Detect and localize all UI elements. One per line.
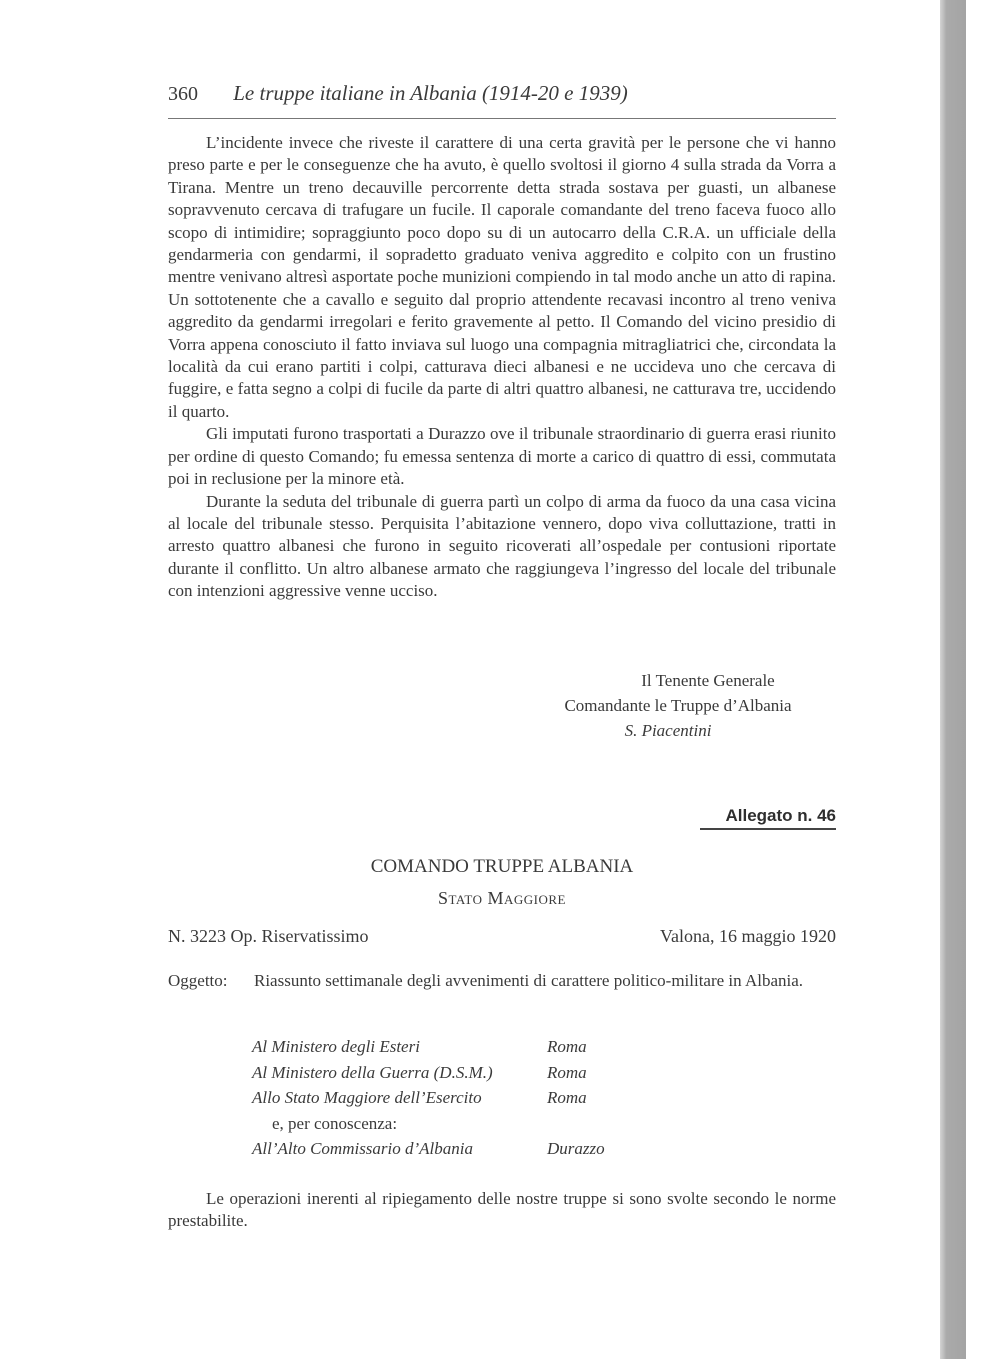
scan-binding-shadow <box>940 0 966 1359</box>
paragraph: Durante la seduta del tribunale di guerr… <box>168 491 836 603</box>
recipient: Al Ministero della Guerra (D.S.M.) Roma <box>252 1060 605 1086</box>
running-header: 360 Le truppe italiane in Albania (1914-… <box>168 81 836 106</box>
annex-body: Le operazioni inerenti al ripiegamento d… <box>168 1188 836 1233</box>
annex-heading: COMANDO TRUPPE ALBANIA <box>168 856 836 878</box>
cc-recipient: All’Alto Commissario d’Albania Durazzo <box>252 1136 605 1162</box>
running-title: Le truppe italiane in Albania (1914-20 e… <box>233 81 628 105</box>
paragraph: Le operazioni inerenti al ripiegamento d… <box>168 1188 836 1233</box>
signature-block: Il Tenente Generale Comandante le Truppe… <box>520 668 836 743</box>
recipients-list: Al Ministero degli Esteri Roma Al Minist… <box>252 1034 605 1162</box>
recipient: Al Ministero degli Esteri Roma <box>252 1034 605 1060</box>
signature-rank: Il Tenente Generale <box>520 668 836 693</box>
annex-subheading: Stato Maggiore <box>168 888 836 909</box>
cc-label: e, per conoscenza: <box>252 1111 397 1137</box>
signature-role: Comandante le Truppe d’Albania <box>520 693 836 718</box>
place-date: Valona, 16 maggio 1920 <box>660 926 836 947</box>
recipient: Allo Stato Maggiore dell’Esercito Roma <box>252 1085 605 1111</box>
signature-name: S. Piacentini <box>520 718 836 743</box>
cc-label-row: e, per conoscenza: <box>252 1111 605 1137</box>
paragraph: L’incidente invece che riveste il caratt… <box>168 132 836 423</box>
annex-label: Allegato n. 46 <box>700 806 836 830</box>
subject-block: Oggetto: Riassunto settimanale degli avv… <box>168 970 836 992</box>
subject-text: Riassunto settimanale degli avvenimenti … <box>254 970 836 992</box>
scan-margin <box>966 0 986 1359</box>
paragraph: Gli imputati furono trasportati a Durazz… <box>168 423 836 490</box>
header-rule <box>168 118 836 119</box>
report-body: L’incidente invece che riveste il caratt… <box>168 132 836 603</box>
subject-label: Oggetto: <box>168 970 254 992</box>
protocol-number: N. 3223 Op. Riservatissimo <box>168 926 369 947</box>
page-number: 360 <box>168 83 198 105</box>
protocol-row: N. 3223 Op. Riservatissimo Valona, 16 ma… <box>168 926 836 947</box>
